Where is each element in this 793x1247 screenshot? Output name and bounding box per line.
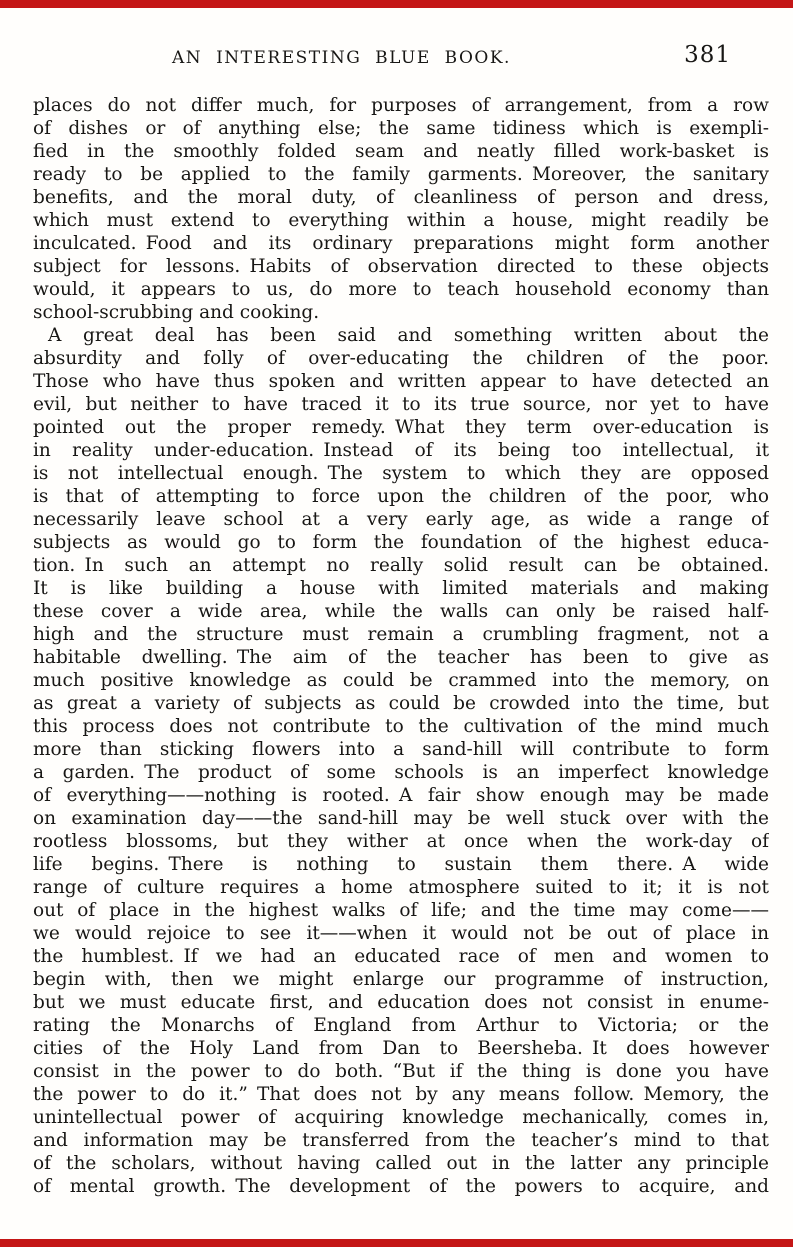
text-line: school-scrubbing and cooking. [33,301,769,324]
text-line: cities of the Holy Land from Dan to Beer… [33,1037,769,1060]
page-cut-marker-top [0,0,793,8]
text-line: ready to be applied to the family garmen… [33,163,769,186]
text-line: subject for lessons. Habits of observati… [33,255,769,278]
text-line: unintellectual power of acquiring knowle… [33,1106,769,1129]
page-number: 381 [684,42,731,68]
text-line: out of place in the highest walks of lif… [33,899,769,922]
text-line: of the scholars, without having called o… [33,1152,769,1175]
text-line: and information may be transferred from … [33,1129,769,1152]
text-line: of mental growth. The development of the… [33,1175,769,1198]
text-line: absurdity and folly of over-educating th… [33,347,769,370]
running-title: AN INTERESTING BLUE BOOK. [0,48,683,68]
text-line: habitable dwelling. The aim of the teach… [33,646,769,669]
text-line: benefits, and the moral duty, of cleanli… [33,186,769,209]
text-line: on examination day——the sand-hill may be… [33,807,769,830]
text-line: is that of attempting to force upon the … [33,485,769,508]
body-text: places do not differ much, for purposes … [33,94,769,1198]
text-line: which must extend to everything within a… [33,209,769,232]
text-line: the power to do it.” That does not by an… [33,1083,769,1106]
text-line: much positive knowledge as could be cram… [33,669,769,692]
text-line: a garden. The product of some schools is… [33,761,769,784]
text-line: Those who have thus spoken and written a… [33,370,769,393]
text-line: tion. In such an attempt no really solid… [33,554,769,577]
text-line: rootless blossoms, but they wither at on… [33,830,769,853]
page-cut-marker-bottom [0,1239,793,1247]
text-line: these cover a wide area, while the walls… [33,600,769,623]
text-line: rating the Monarchs of England from Arth… [33,1014,769,1037]
text-line: is not intellectual enough. The system t… [33,462,769,485]
text-line: of everything——nothing is rooted. A fair… [33,784,769,807]
text-line: life begins. There is nothing to sustain… [33,853,769,876]
text-line: inculcated. Food and its ordinary prepar… [33,232,769,255]
text-line: evil, but neither to have traced it to i… [33,393,769,416]
text-line: this process does not contribute to the … [33,715,769,738]
text-line: A great deal has been said and something… [33,324,769,347]
scanned-book-page: AN INTERESTING BLUE BOOK. 381 places do … [0,0,793,1247]
text-line: more than sticking flowers into a sand-h… [33,738,769,761]
text-line: but we must educate first, and education… [33,991,769,1014]
text-line: fied in the smoothly folded seam and nea… [33,140,769,163]
text-line: begin with, then we might enlarge our pr… [33,968,769,991]
text-line: necessarily leave school at a very early… [33,508,769,531]
text-line: subjects as would go to form the foundat… [33,531,769,554]
text-line: the humblest. If we had an educated race… [33,945,769,968]
text-line: of dishes or of anything else; the same … [33,117,769,140]
text-line: high and the structure must remain a cru… [33,623,769,646]
text-line: as great a variety of subjects as could … [33,692,769,715]
text-line: places do not differ much, for purposes … [33,94,769,117]
text-line: It is like building a house with limited… [33,577,769,600]
text-line: consist in the power to do both. “But if… [33,1060,769,1083]
text-line: we would rejoice to see it——when it woul… [33,922,769,945]
page-header: AN INTERESTING BLUE BOOK. 381 [0,46,793,80]
text-line: would, it appears to us, do more to teac… [33,278,769,301]
text-line: range of culture requires a home atmosph… [33,876,769,899]
text-line: pointed out the proper remedy. What they… [33,416,769,439]
text-line: in reality under-education. Instead of i… [33,439,769,462]
